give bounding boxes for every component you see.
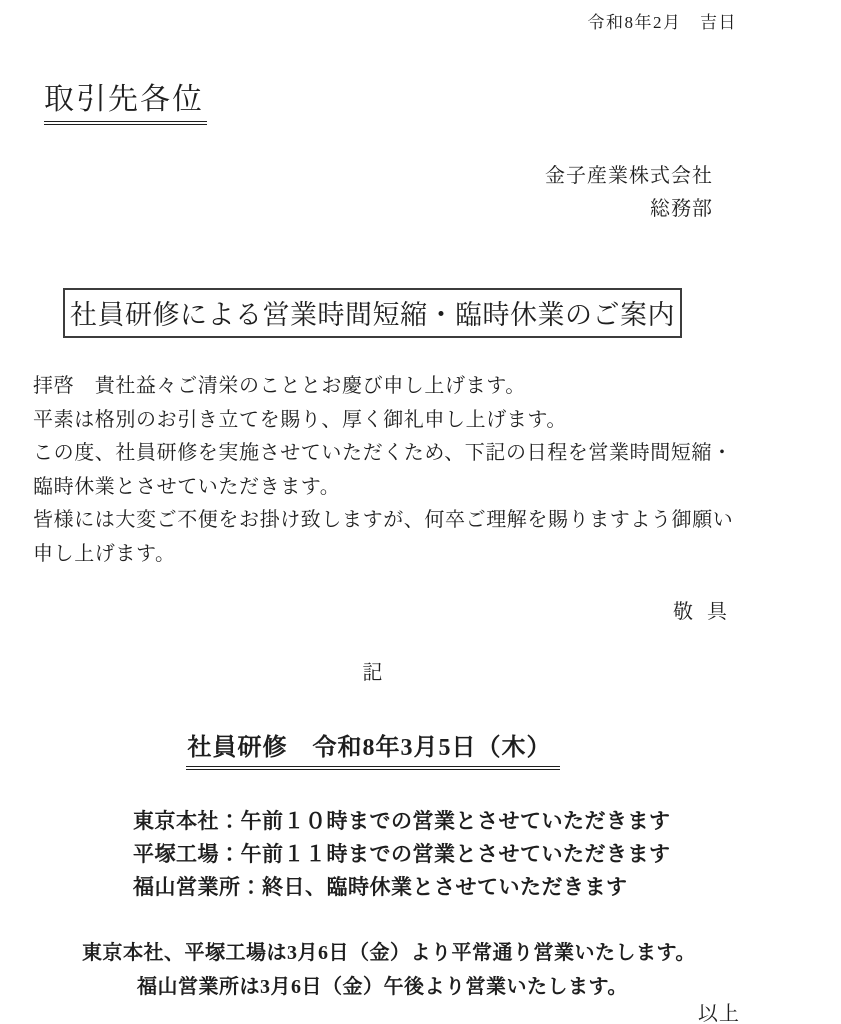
letter-page: 令和8年2月 吉日 取引先各位 金子産業株式会社 総務部 社員研修による営業時間… — [0, 0, 841, 1024]
body-line-apology-2: 申し上げます。 — [33, 538, 801, 572]
recipient-row: 取引先各位 — [44, 74, 207, 125]
note-normal-operation: 東京本社、平塚工場は3月6日（金）より平常通り営業いたします。 — [82, 936, 696, 965]
body-paragraphs: 拝啓 貴社益々ご清栄のこととお慶び申し上げます。 平素は格別のお引き立てを賜り、… — [33, 370, 801, 571]
record-marker: 記 — [363, 662, 383, 684]
schedule-heading: 社員研修 令和8年3月5日（木） — [186, 727, 560, 770]
issue-date: 令和8年2月 吉日 — [588, 8, 738, 33]
schedule-items: 東京本社：午前１０時までの営業とさせていただきます 平塚工場：午前１１時までの営… — [133, 805, 671, 904]
body-line-apology-1: 皆様には大変ご不便をお掛け致しますが、何卒ご理解を賜りますよう御願い — [33, 504, 801, 538]
recipient-salutation: 取引先各位 — [44, 74, 207, 125]
schedule-item-hiratsuka-kojo: 平塚工場：午前１１時までの営業とさせていただきます — [133, 838, 671, 871]
note-fukuyama-afternoon: 福山営業所は3月6日（金）午後より営業いたします。 — [137, 970, 628, 999]
schedule-item-tokyo-honsha: 東京本社：午前１０時までの営業とさせていただきます — [133, 805, 671, 838]
body-line-announce-2: 臨時休業とさせていただきます。 — [33, 471, 801, 505]
sender-company: 金子産業株式会社 — [545, 160, 713, 193]
title-row: 社員研修による営業時間短縮・臨時休業のご案内 — [33, 288, 712, 338]
body-line-thanks: 平素は格別のお引き立てを賜り、厚く御礼申し上げます。 — [33, 404, 801, 438]
end-marker: 以上 — [698, 997, 740, 1024]
closing-word: 敬具 — [673, 595, 741, 624]
record-marker-row: 記 — [33, 656, 712, 685]
sender-block: 金子産業株式会社 総務部 — [545, 160, 713, 226]
sender-department: 総務部 — [545, 193, 713, 226]
schedule-item-fukuyama-eigyosho: 福山営業所：終日、臨時休業とさせていただきます — [133, 871, 671, 904]
schedule-heading-row: 社員研修 令和8年3月5日（木） — [33, 727, 712, 770]
body-line-greeting: 拝啓 貴社益々ご清栄のこととお慶び申し上げます。 — [33, 370, 801, 404]
body-line-announce-1: この度、社員研修を実施させていただくため、下記の日程を営業時間短縮・ — [33, 437, 801, 471]
document-title: 社員研修による営業時間短縮・臨時休業のご案内 — [63, 288, 682, 338]
